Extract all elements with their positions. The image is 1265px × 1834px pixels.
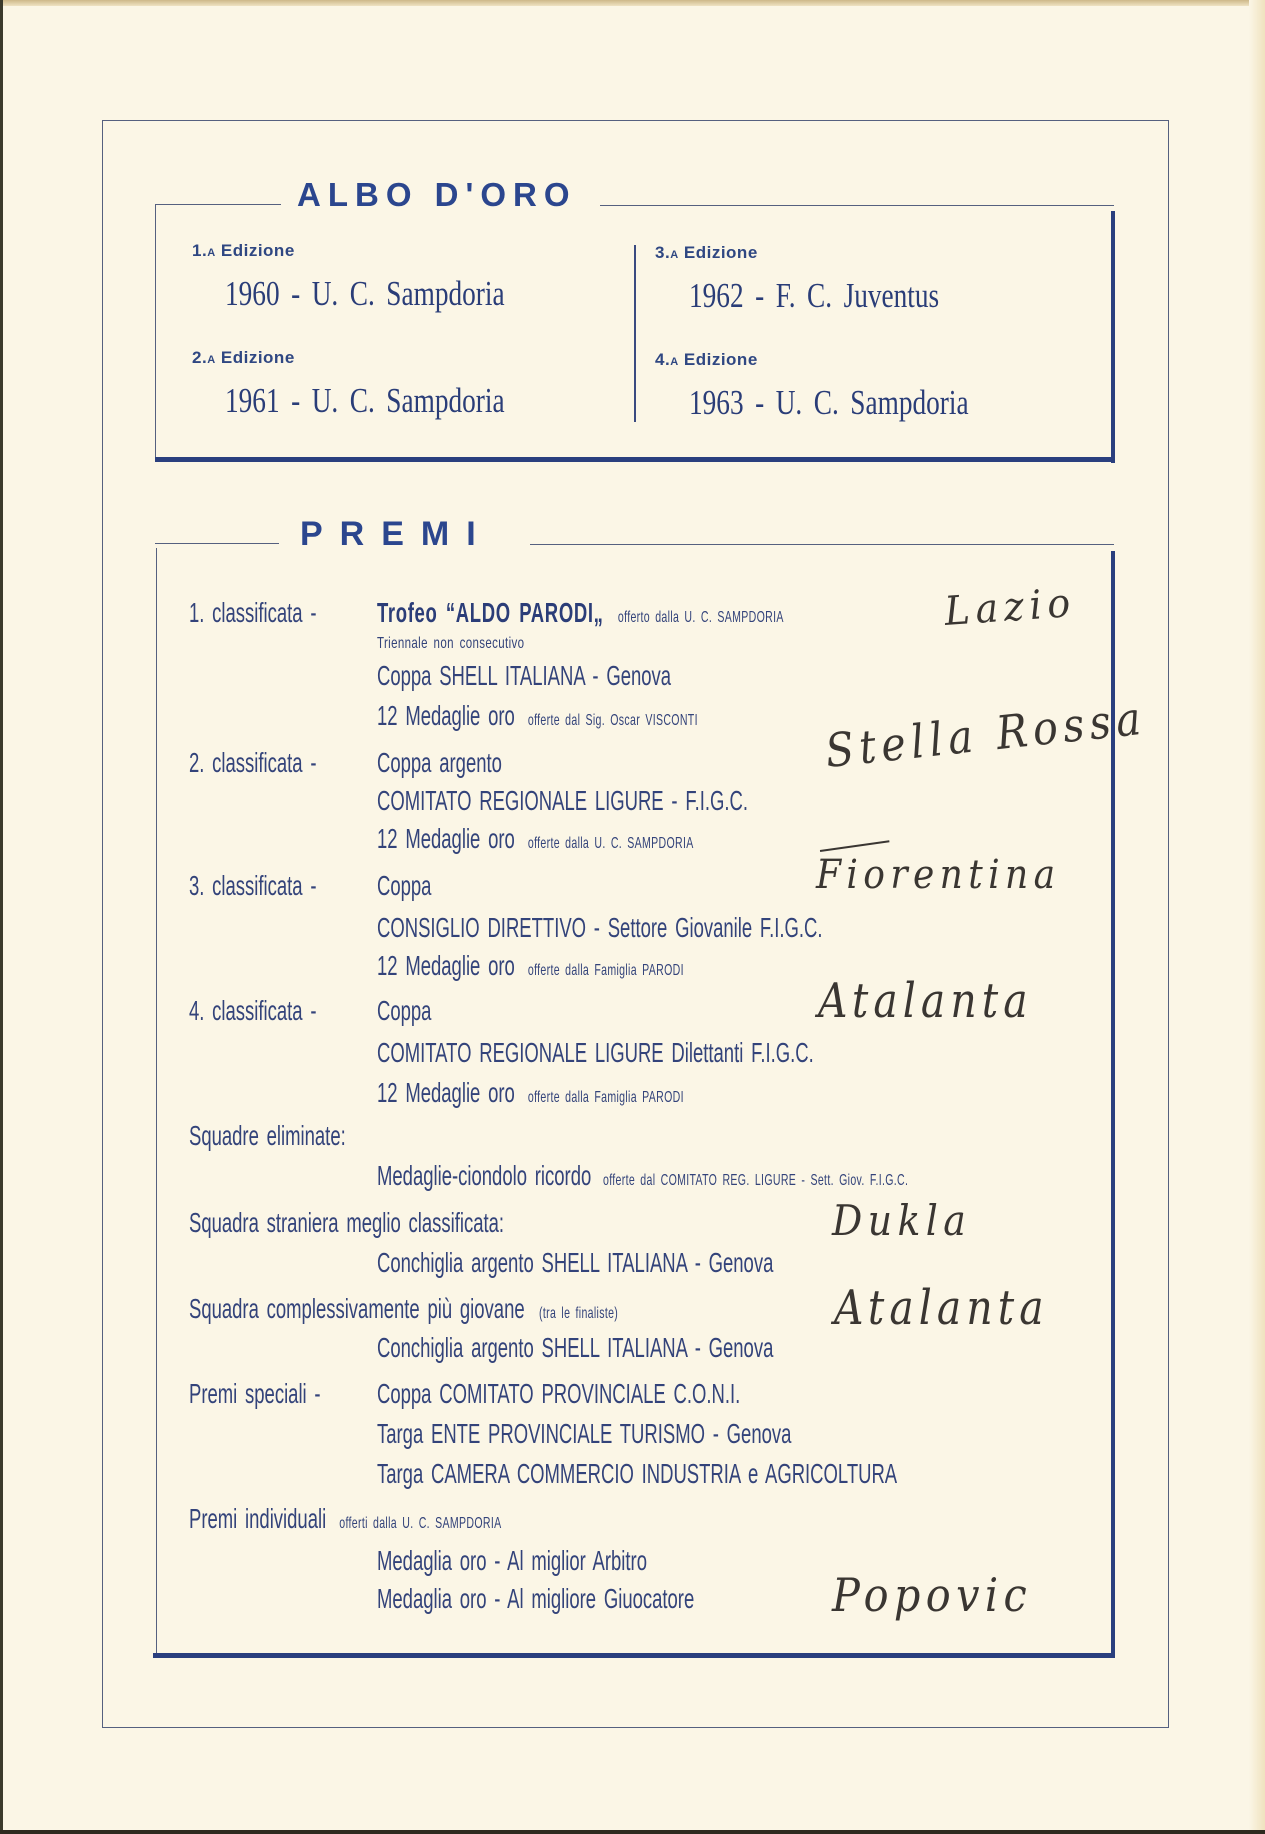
trophy-subnote: Triennale non consecutivo (377, 636, 524, 652)
albo-box-bottom (155, 457, 1115, 462)
premi-box-bottom (153, 1653, 1115, 1658)
edition-winner: 1960 - U. C. Sampdoria (225, 276, 505, 311)
prize-line: COMITATO REGIONALE LIGURE - F.I.G.C. (377, 787, 748, 815)
category-label: Squadre eliminate: (189, 1122, 346, 1150)
prize-line: Conchiglia argento SHELL ITALIANA - Geno… (377, 1334, 773, 1362)
edition-label: 1.A Edizione (192, 242, 295, 259)
prize-medals: 12 Medaglie oro offerte dalla U. C. SAMP… (377, 825, 694, 853)
category-label: Premi speciali - (189, 1380, 321, 1408)
category-label: Premi individuali offerti dalla U. C. SA… (189, 1505, 501, 1533)
albo-doro-title: ALBO D'ORO (297, 178, 577, 211)
place-label: 4. classificata - (189, 997, 316, 1025)
handwritten-lazio: Lazio (943, 583, 1077, 632)
handwritten-popovic: Popovic (832, 1572, 1032, 1618)
albo-title-rule-right (600, 205, 1114, 206)
albo-box-left (155, 205, 156, 460)
trophy-name: Coppa (377, 997, 431, 1025)
prize-line: Medaglie-ciondolo ricordo offerte dal CO… (377, 1162, 908, 1190)
outer-frame-top (102, 120, 1169, 121)
prize-line: COMITATO REGIONALE LIGURE Dilettanti F.I… (377, 1039, 814, 1067)
prize-medals: 12 Medaglie oro offerte dalla Famiglia P… (377, 952, 684, 980)
outer-frame-bottom (102, 1727, 1169, 1728)
paper-edge-bottom (0, 1830, 1265, 1834)
edition-winner: 1961 - U. C. Sampdoria (225, 383, 505, 418)
prize-line: Medaglia oro - Al migliore Giuocatore (377, 1585, 694, 1613)
prize-line: CONSIGLIO DIRETTIVO - Settore Giovanile … (377, 914, 823, 942)
prize-line: Targa ENTE PROVINCIALE TURISMO - Genova (377, 1420, 791, 1448)
outer-frame-left (102, 120, 103, 1728)
albo-title-rule-left (155, 204, 281, 205)
category-label: Squadra complessivamente più giovane (tr… (189, 1295, 618, 1323)
place-label: 2. classificata - (189, 749, 316, 777)
premi-box-left (156, 548, 157, 1656)
edition-label: 3.A Edizione (655, 244, 758, 261)
place-label: 1. classificata - (189, 597, 316, 628)
paper-edge-left (0, 0, 3, 1834)
prize-line: Coppa COMITATO PROVINCIALE C.O.N.I. (377, 1380, 740, 1408)
trophy-note: offerto dalla U. C. SAMPDORIA (618, 609, 784, 626)
prize-line: Medaglia oro - Al miglior Arbitro (377, 1547, 647, 1575)
albo-box-right (1111, 211, 1115, 463)
handwritten-fiorentina: Fiorentina (816, 855, 1061, 895)
premi-title-rule-left (155, 543, 279, 544)
prize-line: Conchiglia argento SHELL ITALIANA - Geno… (377, 1249, 773, 1277)
paper-edge-right (1249, 0, 1265, 1834)
handwritten-atalanta-4th: Atalanta (818, 977, 1033, 1025)
prize-row: Trofeo “ALDO PARODI„ offerto dalla U. C.… (377, 599, 784, 627)
prize-line: Coppa SHELL ITALIANA - Genova (377, 662, 671, 690)
handwritten-atalanta-youngest: Atalanta (834, 1284, 1049, 1332)
edition-winner: 1963 - U. C. Sampdoria (689, 385, 969, 420)
albo-column-divider (634, 245, 636, 422)
place-label: 3. classificata - (189, 872, 316, 900)
edition-label: 4.A Edizione (655, 351, 758, 368)
prize-row: 1. classificata - (189, 599, 316, 627)
category-label: Squadra straniera meglio classificata: (189, 1209, 504, 1237)
trophy-name: Trofeo “ALDO PARODI„ (377, 597, 604, 628)
handwritten-stella-rossa: Stella Rossa (823, 695, 1148, 774)
outer-frame-right (1168, 120, 1169, 1728)
handwritten-dukla: Dukla (832, 1200, 971, 1242)
trophy-name: Coppa (377, 872, 431, 900)
paper-edge-top (0, 0, 1265, 6)
edition-winner: 1962 - F. C. Juventus (689, 278, 939, 313)
premi-title-rule-right (530, 544, 1114, 545)
prize-medals: 12 Medaglie oro offerte dal Sig. Oscar V… (377, 702, 698, 730)
edition-label: 2.A Edizione (192, 349, 295, 366)
prize-medals: 12 Medaglie oro offerte dalla Famiglia P… (377, 1079, 684, 1107)
trophy-name: Coppa argento (377, 749, 502, 777)
premi-title: PREMI (300, 517, 493, 551)
handwritten-stroke (820, 840, 890, 851)
prize-line: Targa CAMERA COMMERCIO INDUSTRIA e AGRIC… (377, 1460, 897, 1488)
